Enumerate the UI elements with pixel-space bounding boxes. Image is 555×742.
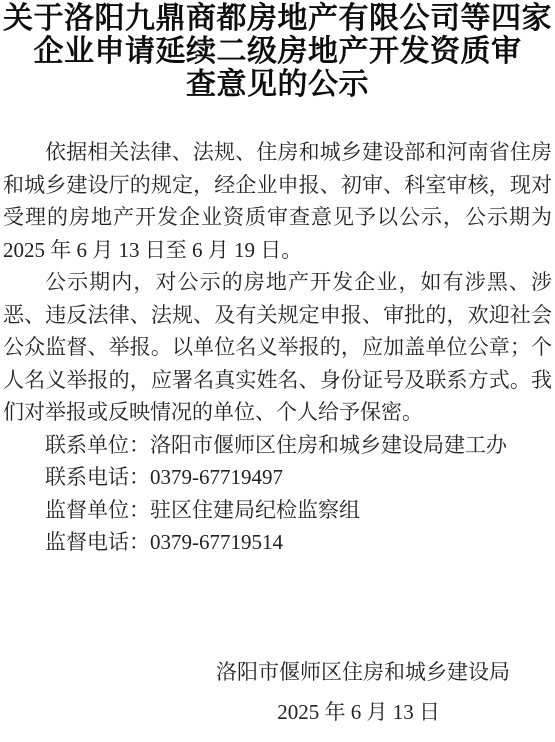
- supervision-phone-value: 0379-67719514: [150, 530, 283, 554]
- contact-unit-line: 联系单位：洛阳市偃师区住房和城乡建设局建工办: [3, 429, 552, 462]
- contact-unit-label: 联系单位：: [45, 433, 150, 457]
- supervision-unit-label: 监督单位：: [45, 498, 150, 522]
- notice-body: 依据相关法律、法规、住房和城乡建设部和河南省住房和城乡建设厅的规定，经企业申报、…: [3, 136, 552, 559]
- notice-title-line-3: 查意见的公示: [3, 68, 552, 101]
- supervision-unit-value: 驻区住建局纪检监察组: [150, 498, 360, 522]
- paragraph-report-instructions: 公示期内，对公示的房地产开发企业，如有涉黑、涉恶、违反法律、法规、及有关规定申报…: [3, 266, 552, 429]
- supervision-phone-label: 监督电话：: [45, 530, 150, 554]
- notice-title: 关于洛阳九鼎商都房地产有限公司等四家 企业申请延续二级房地产开发资质审 查意见的…: [3, 0, 552, 101]
- contact-unit-value: 洛阳市偃师区住房和城乡建设局建工办: [150, 433, 507, 457]
- contact-phone-line: 联系电话：0379-67719497: [3, 461, 552, 494]
- paragraph-legal-basis: 依据相关法律、法规、住房和城乡建设部和河南省住房和城乡建设厅的规定，经企业申报、…: [3, 136, 552, 266]
- supervision-unit-line: 监督单位：驻区住建局纪检监察组: [3, 494, 552, 527]
- notice-title-line-1: 关于洛阳九鼎商都房地产有限公司等四家: [3, 2, 552, 35]
- contact-phone-label: 联系电话：: [45, 465, 150, 489]
- signature-organization: 洛阳市偃师区住房和城乡建设局: [3, 656, 552, 689]
- signature-block: 洛阳市偃师区住房和城乡建设局 2025 年 6 月 13 日: [3, 656, 552, 729]
- supervision-phone-line: 监督电话：0379-67719514: [3, 526, 552, 559]
- signature-date: 2025 年 6 月 13 日: [3, 696, 552, 729]
- notice-title-line-2: 企业申请延续二级房地产开发资质审: [3, 35, 552, 68]
- notice-document-page: 关于洛阳九鼎商都房地产有限公司等四家 企业申请延续二级房地产开发资质审 查意见的…: [0, 0, 555, 742]
- contact-phone-value: 0379-67719497: [150, 465, 283, 489]
